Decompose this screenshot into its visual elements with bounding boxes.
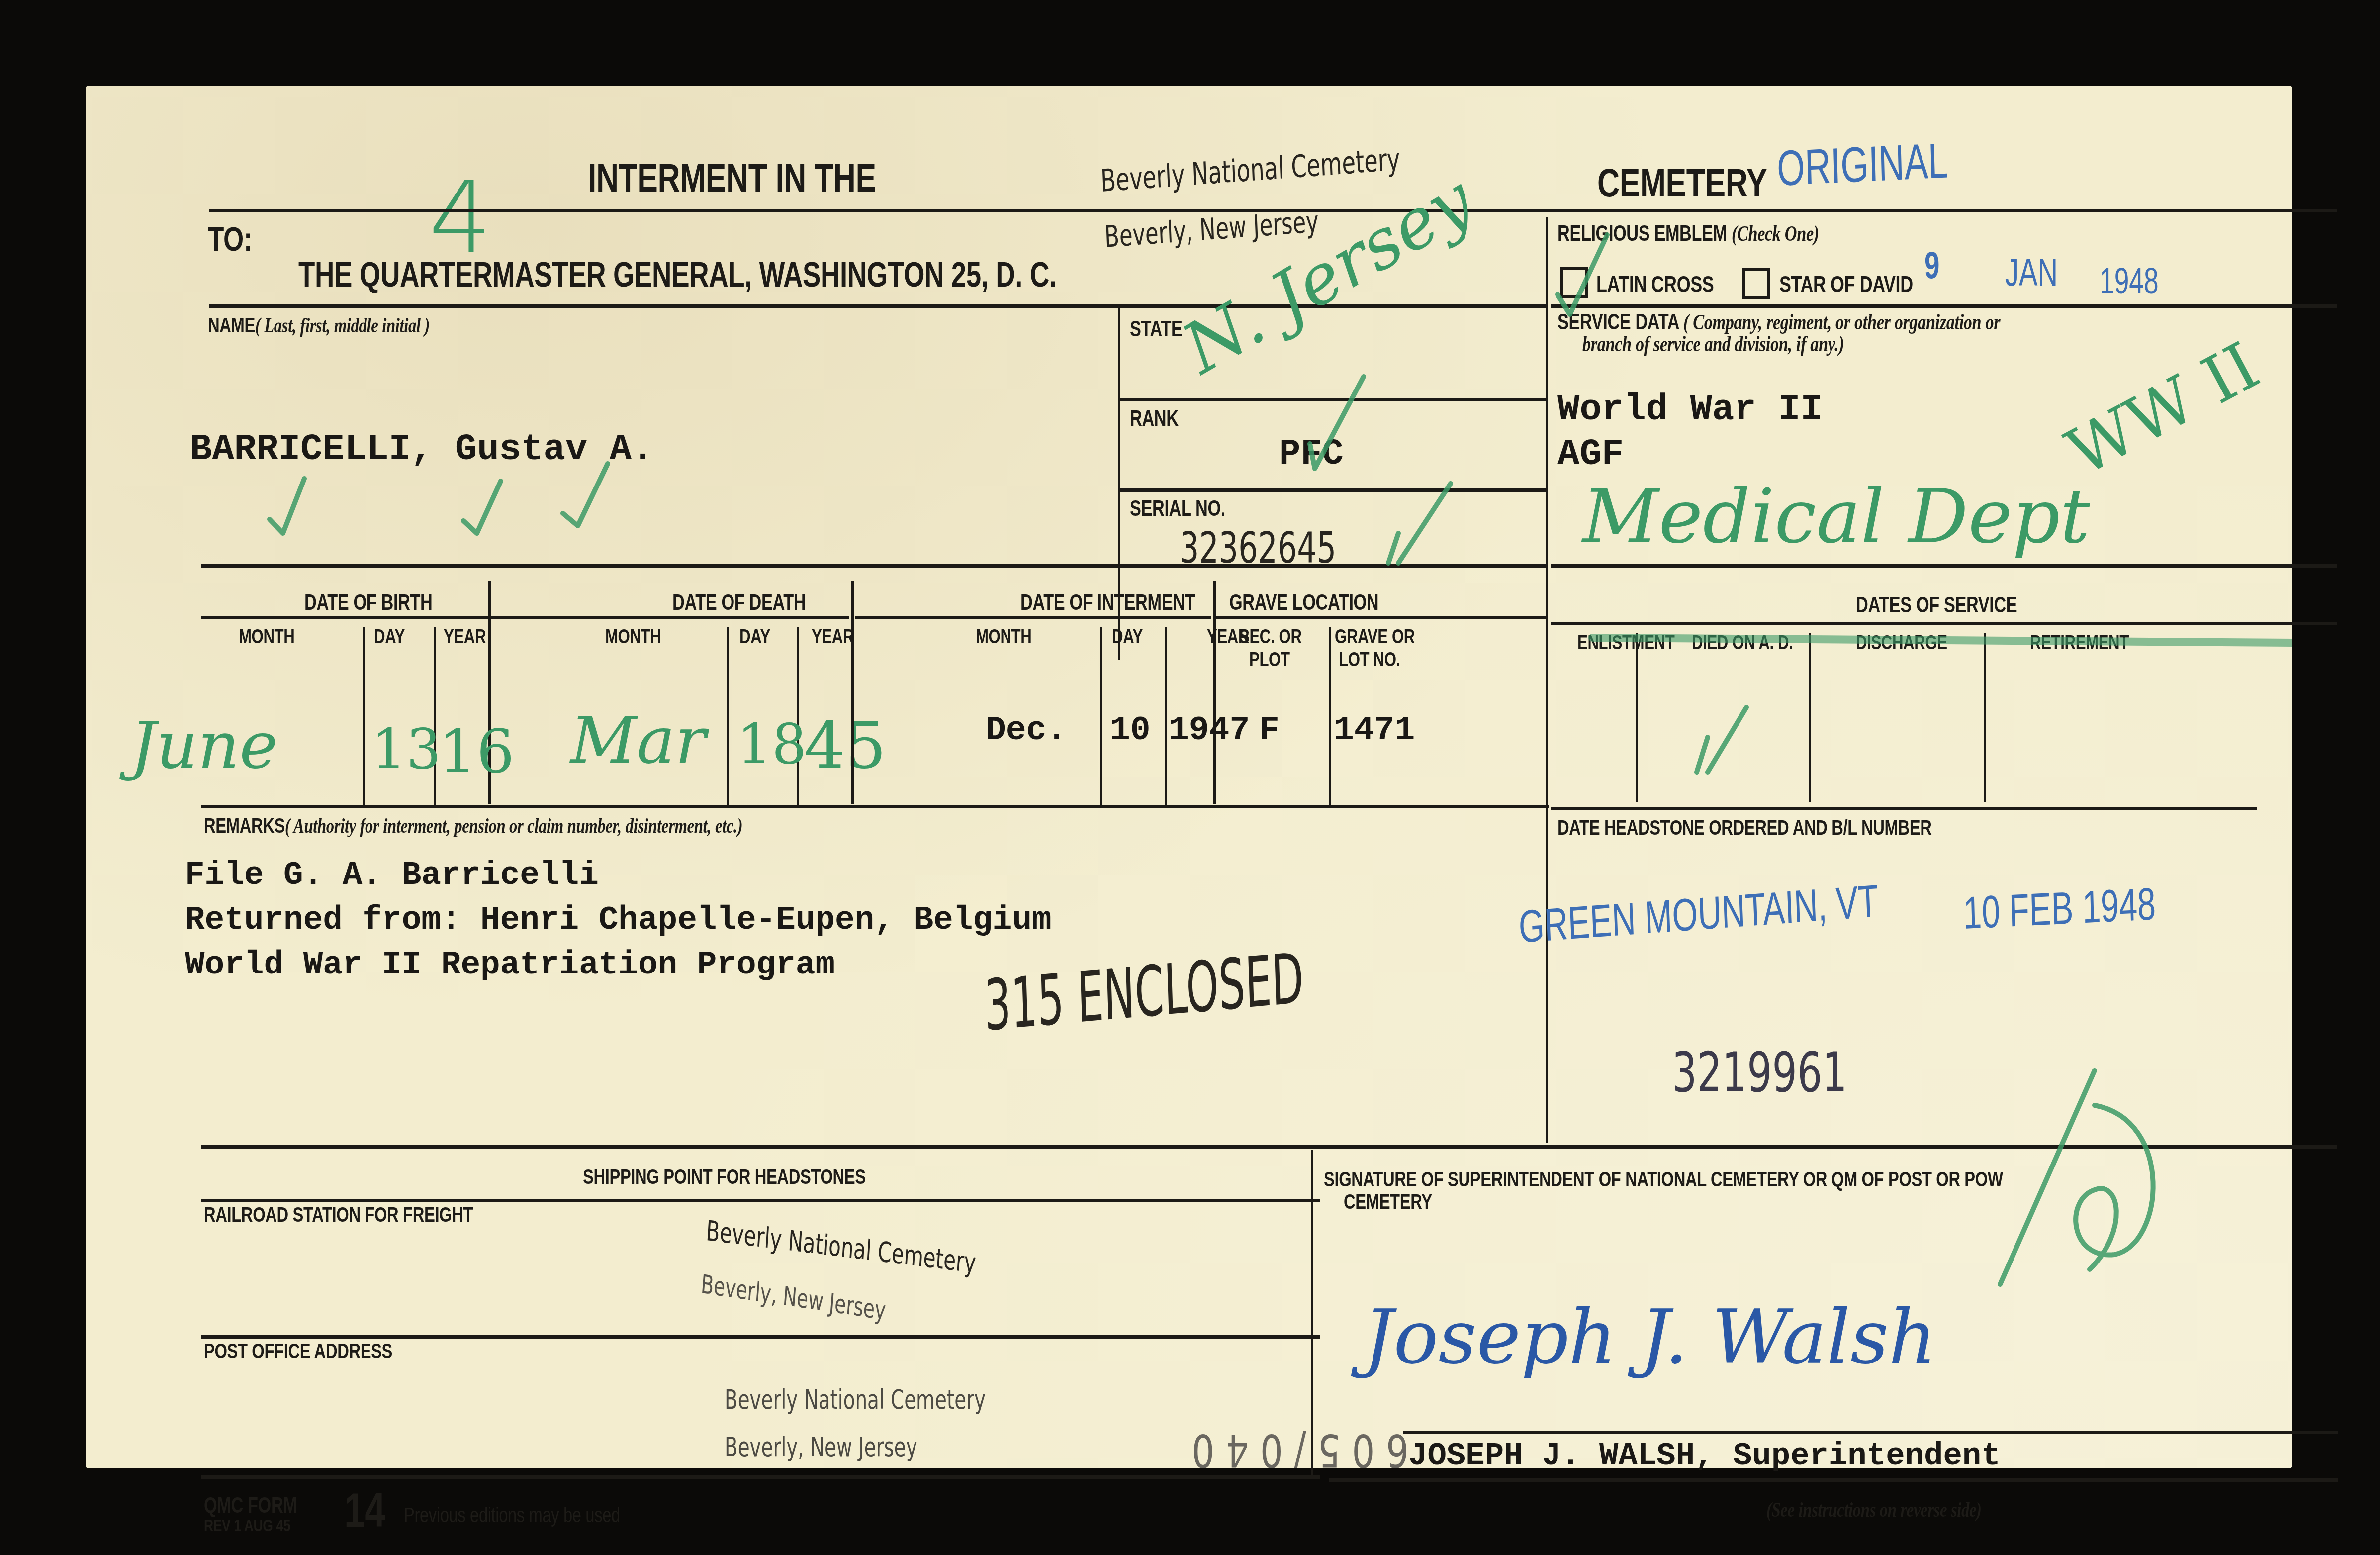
- form-id-line-2: REV 1 AUG 45: [204, 1516, 290, 1536]
- underline-mark: [1592, 638, 2292, 643]
- pen-marks-overlay: [86, 86, 2292, 1468]
- divider: [1329, 1478, 2338, 1482]
- checkmark-icon: [2000, 1070, 2095, 1284]
- checkmark-icon: [1697, 707, 1746, 772]
- checkmark-icon: [270, 479, 304, 533]
- checkmark-icon: [1388, 484, 1451, 563]
- form-id-line-1: QMC FORM: [204, 1493, 297, 1518]
- divider: [201, 1475, 1320, 1479]
- form-editions-note: Previous editions may be used: [404, 1503, 620, 1527]
- checkmark-icon: [563, 464, 608, 526]
- checkmark-icon: [463, 481, 501, 533]
- form-number: 14: [344, 1483, 385, 1538]
- checkmark-icon: [1310, 377, 1364, 469]
- interment-record-card: 4 INTERMENT IN THE Beverly National Ceme…: [86, 86, 2292, 1468]
- initials-mark: [2076, 1105, 2153, 1269]
- checkmark-icon: [1557, 235, 1607, 314]
- reverse-side-note: (See instructions on reverse side): [1766, 1498, 1982, 1522]
